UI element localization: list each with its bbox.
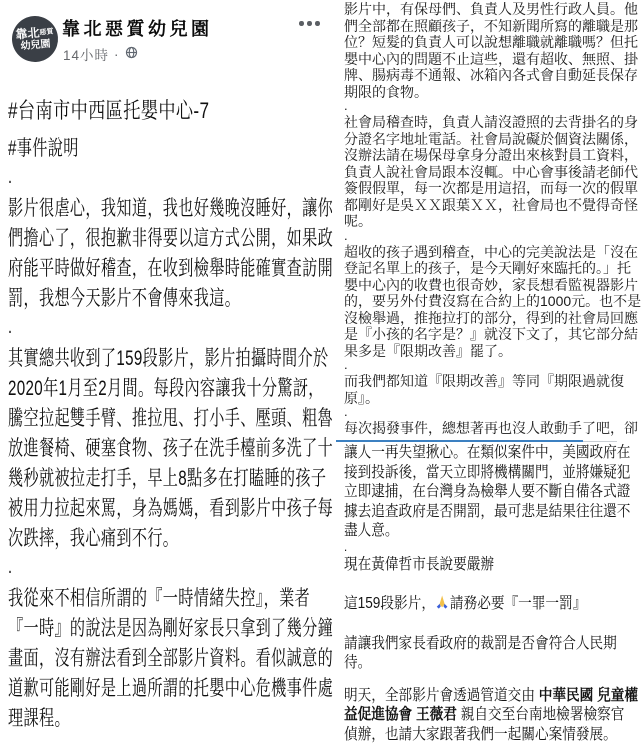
post-paragraph: 影片很虐心，我知道，我也好幾晚沒睡好，讓你們擔心了，很抱歉非得要以這方式公開，如… xyxy=(8,194,341,314)
post-text: 待。 xyxy=(344,654,371,671)
post-text-line: #事件說明 xyxy=(8,134,341,164)
page-name-link[interactable]: 靠北惡質幼兒園 xyxy=(62,15,213,41)
post-text-line: 們擔心了，很抱歉非得要以這方式公開，如果政 xyxy=(8,224,341,254)
post-text-line: 影片很虐心，我知道，我也好幾晚沒睡好，讓你 xyxy=(8,194,341,224)
post-text: 接到投訴後，當天立即將機構關門，並將嫌疑犯 xyxy=(344,464,630,481)
post-meta-row: 14小時 · xyxy=(63,44,138,64)
post-text-line: . xyxy=(8,164,341,190)
post-text-line: 畫面，沒有辦法看到全部影片資料。看似誠意的 xyxy=(8,644,341,674)
post-text-line: 罰，我想今天影片不會傳來我這。 xyxy=(8,284,341,314)
post-text: 幾秒就被拉走打手，早上8點多在打瞌睡的孩子 xyxy=(8,467,326,490)
post-text: 盡人意。 xyxy=(344,522,399,539)
post-text-line: 現在黃偉哲市長說要嚴辦 xyxy=(344,555,644,575)
post-text-line: 『一時』的說法是因為剛好家長只拿到了幾分鐘 xyxy=(8,614,341,644)
post-text-line: 負責人說社會局跟本沒輒。中心會事後請老師代 xyxy=(344,164,644,181)
post-text-line: 位？短髮的負責人可以說想離職就離職嗎？但托 xyxy=(344,34,644,51)
post-text-line: 每次揭發事件，總想著再也沒人敢動手了吧，卻 xyxy=(344,420,644,437)
paragraph-separator: . xyxy=(344,230,644,244)
post-text-line: 嬰中心內的收費也很奇妙，家長想看監視器影片 xyxy=(344,277,644,294)
post-text-line: 2020年1月至2月間。每段內容讓我十分驚訝， xyxy=(8,374,341,404)
post-text: . xyxy=(344,228,348,243)
post-text: 偵辦，也請大家跟著我們一起關心案情發展。 xyxy=(344,726,617,743)
post-text-line: 簽假假單，每一次都是用這招，而每一次的假單 xyxy=(344,180,644,197)
post-text: 影片中，有保母們、負責人及男性行政人員。他 xyxy=(344,1,638,17)
post-text: 嬰中心內的問題不止這些，還有超收、無照、掛 xyxy=(344,51,638,67)
post-text: 負責人說社會局跟本沒輒。中心會事後請老師代 xyxy=(344,164,638,180)
post-text-line: 嬰中心內的問題不止這些，還有超收、無照、掛 xyxy=(344,51,644,68)
post-body-right-column-top: 影片中，有保母們、負責人及男性行政人員。他們全部都在照顧孩子，不知新聞所寫的離職… xyxy=(344,1,644,437)
post-text: . xyxy=(8,166,12,188)
globe-public-icon xyxy=(125,46,138,62)
tagged-page-link[interactable]: 中華民國 兒童權 xyxy=(539,687,638,704)
post-text: 沒檢舉過，推拖拉打的部分，得到的社會局回應 xyxy=(344,310,638,326)
post-text: 理課程。 xyxy=(8,707,70,730)
post-text-line: 沒檢舉過，推拖拉打的部分，得到的社會局回應 xyxy=(344,310,644,327)
post-text: 2020年1月至2月間。每段內容讓我十分驚訝， xyxy=(8,377,324,400)
post-text: 們擔心了，很抱歉非得要以這方式公開，如果政 xyxy=(8,227,333,250)
post-text: 立即逮捕，在台灣身為檢舉人要不斷自備各式證 xyxy=(344,483,630,500)
meta-separator: · xyxy=(114,47,120,62)
post-text-line: 益促進協會 王薇君 親自交至台南地檢署檢察官 xyxy=(344,705,644,725)
post-text: 超收的孩子遇到稽查，中心的完美說法是「沒在 xyxy=(344,244,638,260)
post-text: 社會局稽查時，負責人請沒證照的去背掛名的身 xyxy=(344,114,638,130)
post-text: . xyxy=(344,98,348,113)
post-timestamp[interactable]: 14小時 xyxy=(63,44,109,64)
post-text: 被用力拉起來罵，身為媽媽，看到影片中孩子每 xyxy=(8,497,333,520)
praying-hands-emoji xyxy=(435,595,450,612)
avatar-text-bottom: 幼兒園 xyxy=(20,39,51,53)
post-text: 都剛好是吳ＸＸ跟葉ＸＸ，社會局也不覺得奇怪 xyxy=(344,197,638,213)
post-text-line: 明天，全部影片會透過管道交由 中華民國 兒童權 xyxy=(344,686,644,706)
post-text: . xyxy=(344,357,348,372)
post-text: 期限的食物。 xyxy=(344,84,428,100)
post-text-line: 被用力拉起來罵，身為媽媽，看到影片中孩子每 xyxy=(8,494,341,524)
post-text-line: 待。 xyxy=(344,653,644,673)
page-avatar[interactable]: 靠北惡質 幼兒園 xyxy=(10,14,60,64)
paragraph-separator: . xyxy=(344,100,644,114)
post-text: #事件說明 xyxy=(8,137,79,160)
stitch-seam-line xyxy=(336,440,583,442)
post-text-line: . xyxy=(344,359,644,371)
post-text: 請讓我們家長看政府的裁罰是否會符合人民期 xyxy=(344,635,617,652)
post-text-line: . xyxy=(344,230,644,242)
post-text: 畫面，沒有辦法看到全部影片資料。看似誠意的 xyxy=(8,647,333,670)
post-text: 其實總共收到了159段影片，影片拍攝時間介於 xyxy=(8,347,328,370)
post-text-line: 們全部都在照顧孩子，不知新聞所寫的離職是那 xyxy=(344,18,644,35)
post-text-line: . xyxy=(8,314,341,340)
post-text: 罰，我想今天影片不會傳來我這。 xyxy=(8,287,240,310)
post-text-line: . xyxy=(344,406,644,418)
post-text-line: 原』。 xyxy=(344,390,644,407)
post-text: 是『小孩的名字是？』就沒下文了，其它部分結 xyxy=(344,326,638,342)
post-text: 明天，全部影片會透過管道交由 xyxy=(344,687,539,704)
post-text: 親自交至台南地檢署檢察官 xyxy=(457,706,624,723)
post-text-line: 分證名字地址電話。社會局說礙於個資法關係， xyxy=(344,131,644,148)
post-text: 我從來不相信所謂的『一時情緒失控』，業者 xyxy=(8,587,310,610)
post-text: 果多是『限期改善』罷了。 xyxy=(344,343,512,359)
post-text-line: 這159段影片，請務必要『一罪一罰』 xyxy=(344,594,644,614)
post-text-line: 牌、腸病毒不通報、冰箱內各式會自動延長保存 xyxy=(344,67,644,84)
post-text: 據去追查政府是否開罰，最可悲是結果往往還不 xyxy=(344,503,630,520)
post-text: 現在黃偉哲市長說要嚴辦 xyxy=(344,556,494,573)
post-text-line: 道歉可能剛好是上過所謂的托嬰中心危機事件處 xyxy=(8,674,341,704)
spacer xyxy=(344,614,644,634)
post-text: 而我們都知道『限期改善』等同『期限過就復 xyxy=(344,373,624,389)
post-text: 影片很虐心，我知道，我也好幾晚沒睡好，讓你 xyxy=(8,197,333,220)
post-text-line: 期限的食物。 xyxy=(344,84,644,101)
post-paragraph: 請讓我們家長看政府的裁罰是否會符合人民期待。 xyxy=(344,634,644,673)
post-paragraph: 每次揭發事件，總想著再也沒人敢動手了吧，卻 xyxy=(344,420,644,437)
post-text-line: 次跌摔，我心痛到不行。 xyxy=(8,524,341,554)
post-body-left-column: #事件說明.影片很虐心，我知道，我也好幾晚沒睡好，讓你們擔心了，很抱歉非得要以這… xyxy=(8,134,341,734)
post-text-line: 騰空拉起雙手臂、推拉甩、打小手、壓頭、粗魯 xyxy=(8,404,341,434)
paragraph-separator: . xyxy=(8,164,341,194)
post-text-line: . xyxy=(344,541,644,553)
paragraph-separator: . xyxy=(344,359,644,373)
post-text: 放進餐椅、硬塞食物、孩子在洗手檯前多洗了十 xyxy=(8,437,333,460)
post-paragraph: 讓人一再失望揪心。在類似案件中，美國政府在接到投訴後，當天立即將機構關門，並將嫌… xyxy=(344,443,644,541)
post-paragraph: 影片中，有保母們、負責人及男性行政人員。他們全部都在照顧孩子，不知新聞所寫的離職… xyxy=(344,1,644,100)
post-paragraph: 社會局稽查時，負責人請沒證照的去背掛名的身分證名字地址電話。社會局說礙於個資法關… xyxy=(344,114,644,230)
post-options-menu-icon[interactable] xyxy=(299,21,320,26)
post-paragraph: 超收的孩子遇到稽查，中心的完美說法是「沒在登記名單上的孩子，是今天剛好來臨托的。… xyxy=(344,244,644,360)
post-text-line: 的，要另外付費沒寫在合約上的1000元。也不是 xyxy=(344,293,644,310)
post-text-line: 據去追查政府是否開罰，最可悲是結果往往還不 xyxy=(344,502,644,522)
post-text: 『一時』的說法是因為剛好家長只拿到了幾分鐘 xyxy=(8,617,333,640)
post-text: 道歉可能剛好是上過所謂的托嬰中心危機事件處 xyxy=(8,677,333,700)
post-text: 的，要另外付費沒寫在合約上的1000元。也不是 xyxy=(344,293,641,309)
post-text-line: 請讓我們家長看政府的裁罰是否會符合人民期 xyxy=(344,634,644,654)
post-text: . xyxy=(344,404,348,419)
post-text-line: 盡人意。 xyxy=(344,521,644,541)
post-paragraph: 而我們都知道『限期改善』等同『期限過就復原』。 xyxy=(344,373,644,406)
post-text-line: 是『小孩的名字是？』就沒下文了，其它部分結 xyxy=(344,326,644,343)
tagged-page-link[interactable]: 益促進協會 王薇君 xyxy=(344,706,457,723)
post-text: 原』。 xyxy=(344,390,379,406)
spacer xyxy=(344,673,644,686)
post-text-line: 超收的孩子遇到稽查，中心的完美說法是「沒在 xyxy=(344,244,644,261)
post-text: 簽假假單，每一次都是用這招，而每一次的假單 xyxy=(344,180,638,196)
post-paragraph: 這159段影片，請務必要『一罪一罰』 xyxy=(344,594,644,614)
post-text-line: 立即逮捕，在台灣身為檢舉人要不斷自備各式證 xyxy=(344,482,644,502)
post-text-line: . xyxy=(344,100,644,112)
post-text: 讓人一再失望揪心。在類似案件中，美國政府在 xyxy=(344,444,630,461)
post-text-line: 都剛好是吳ＸＸ跟葉ＸＸ，社會局也不覺得奇怪 xyxy=(344,197,644,214)
post-text-line: 接到投訴後，當天立即將機構關門，並將嫌疑犯 xyxy=(344,463,644,483)
post-text-line: . xyxy=(8,554,341,580)
post-paragraph: 我從來不相信所謂的『一時情緒失控』，業者『一時』的說法是因為剛好家長只拿到了幾分… xyxy=(8,584,341,734)
post-text-line: 果多是『限期改善』罷了。 xyxy=(344,343,644,360)
post-text: 次跌摔，我心痛到不行。 xyxy=(8,527,178,550)
post-paragraph: 其實總共收到了159段影片，影片拍攝時間介於2020年1月至2月間。每段內容讓我… xyxy=(8,344,341,554)
post-text: 牌、腸病毒不通報、冰箱內各式會自動延長保存 xyxy=(344,67,638,83)
post-text-line: 呢。 xyxy=(344,213,644,230)
post-text: 位？短髮的負責人可以說想離職就離職嗎？但托 xyxy=(344,34,638,50)
post-text-line: 登記名單上的孩子，是今天剛好來臨托的。」托 xyxy=(344,260,644,277)
post-hashtag-title[interactable]: #台南市中西區托嬰中心-7 xyxy=(8,94,209,125)
stitch-seam-line-faint xyxy=(583,441,617,442)
post-text: 騰空拉起雙手臂、推拉甩、打小手、壓頭、粗魯 xyxy=(8,407,333,430)
post-paragraph: 現在黃偉哲市長說要嚴辦 xyxy=(344,555,644,575)
post-text-line: 影片中，有保母們、負責人及男性行政人員。他 xyxy=(344,1,644,18)
post-text: 分證名字地址電話。社會局說礙於個資法關係， xyxy=(344,131,638,147)
post-text: 沒辦法請在場保母拿身分證出來核對員工資料， xyxy=(344,147,638,163)
post-text-line: 幾秒就被拉走打手，早上8點多在打瞌睡的孩子 xyxy=(8,464,341,494)
post-text: 府能平時做好稽查，在收到檢舉時能確實查訪開 xyxy=(8,257,333,280)
post-text-line: 理課程。 xyxy=(8,704,341,734)
post-text: 這159段影片， xyxy=(344,595,435,612)
post-paragraph: #事件說明 xyxy=(8,134,341,164)
post-body-right-column-bottom: 讓人一再失望揪心。在類似案件中，美國政府在接到投訴後，當天立即將機構關門，並將嫌… xyxy=(344,443,644,744)
post-text: 們全部都在照顧孩子，不知新聞所寫的離職是那 xyxy=(344,18,638,34)
post-paragraph: 明天，全部影片會透過管道交由 中華民國 兒童權益促進協會 王薇君 親自交至台南地… xyxy=(344,686,644,745)
facebook-post-screenshot: 靠北惡質 幼兒園 靠北惡質幼兒園 14小時 · #台南市中西區托嬰中心-7 #事… xyxy=(0,0,644,745)
post-text-line: 其實總共收到了159段影片，影片拍攝時間介於 xyxy=(8,344,341,374)
paragraph-separator: . xyxy=(344,541,644,555)
post-text-line: 府能平時做好稽查，在收到檢舉時能確實查訪開 xyxy=(8,254,341,284)
post-text-line: 放進餐椅、硬塞食物、孩子在洗手檯前多洗了十 xyxy=(8,434,341,464)
post-text: 每次揭發事件，總想著再也沒人敢動手了吧，卻 xyxy=(344,420,638,436)
post-text: . xyxy=(8,556,12,578)
post-text-line: 偵辦，也請大家跟著我們一起關心案情發展。 xyxy=(344,725,644,745)
post-text-line: 沒辦法請在場保母拿身分證出來核對員工資料， xyxy=(344,147,644,164)
paragraph-separator: . xyxy=(8,314,341,344)
post-text-line: 而我們都知道『限期改善』等同『期限過就復 xyxy=(344,373,644,390)
paragraph-separator: . xyxy=(8,554,341,584)
spacer xyxy=(344,574,644,594)
post-text-line: 我從來不相信所謂的『一時情緒失控』，業者 xyxy=(8,584,341,614)
post-text: 登記名單上的孩子，是今天剛好來臨托的。」托 xyxy=(344,260,631,276)
post-text: 請務必要『一罪一罰』 xyxy=(450,595,586,612)
post-text: . xyxy=(8,316,12,338)
paragraph-separator: . xyxy=(344,406,644,420)
post-text: 嬰中心內的收費也很奇妙，家長想看監視器影片 xyxy=(344,277,638,293)
post-text: 呢。 xyxy=(344,213,372,229)
post-text: . xyxy=(344,539,347,554)
post-text-line: 讓人一再失望揪心。在類似案件中，美國政府在 xyxy=(344,443,644,463)
post-text-line: 社會局稽查時，負責人請沒證照的去背掛名的身 xyxy=(344,114,644,131)
